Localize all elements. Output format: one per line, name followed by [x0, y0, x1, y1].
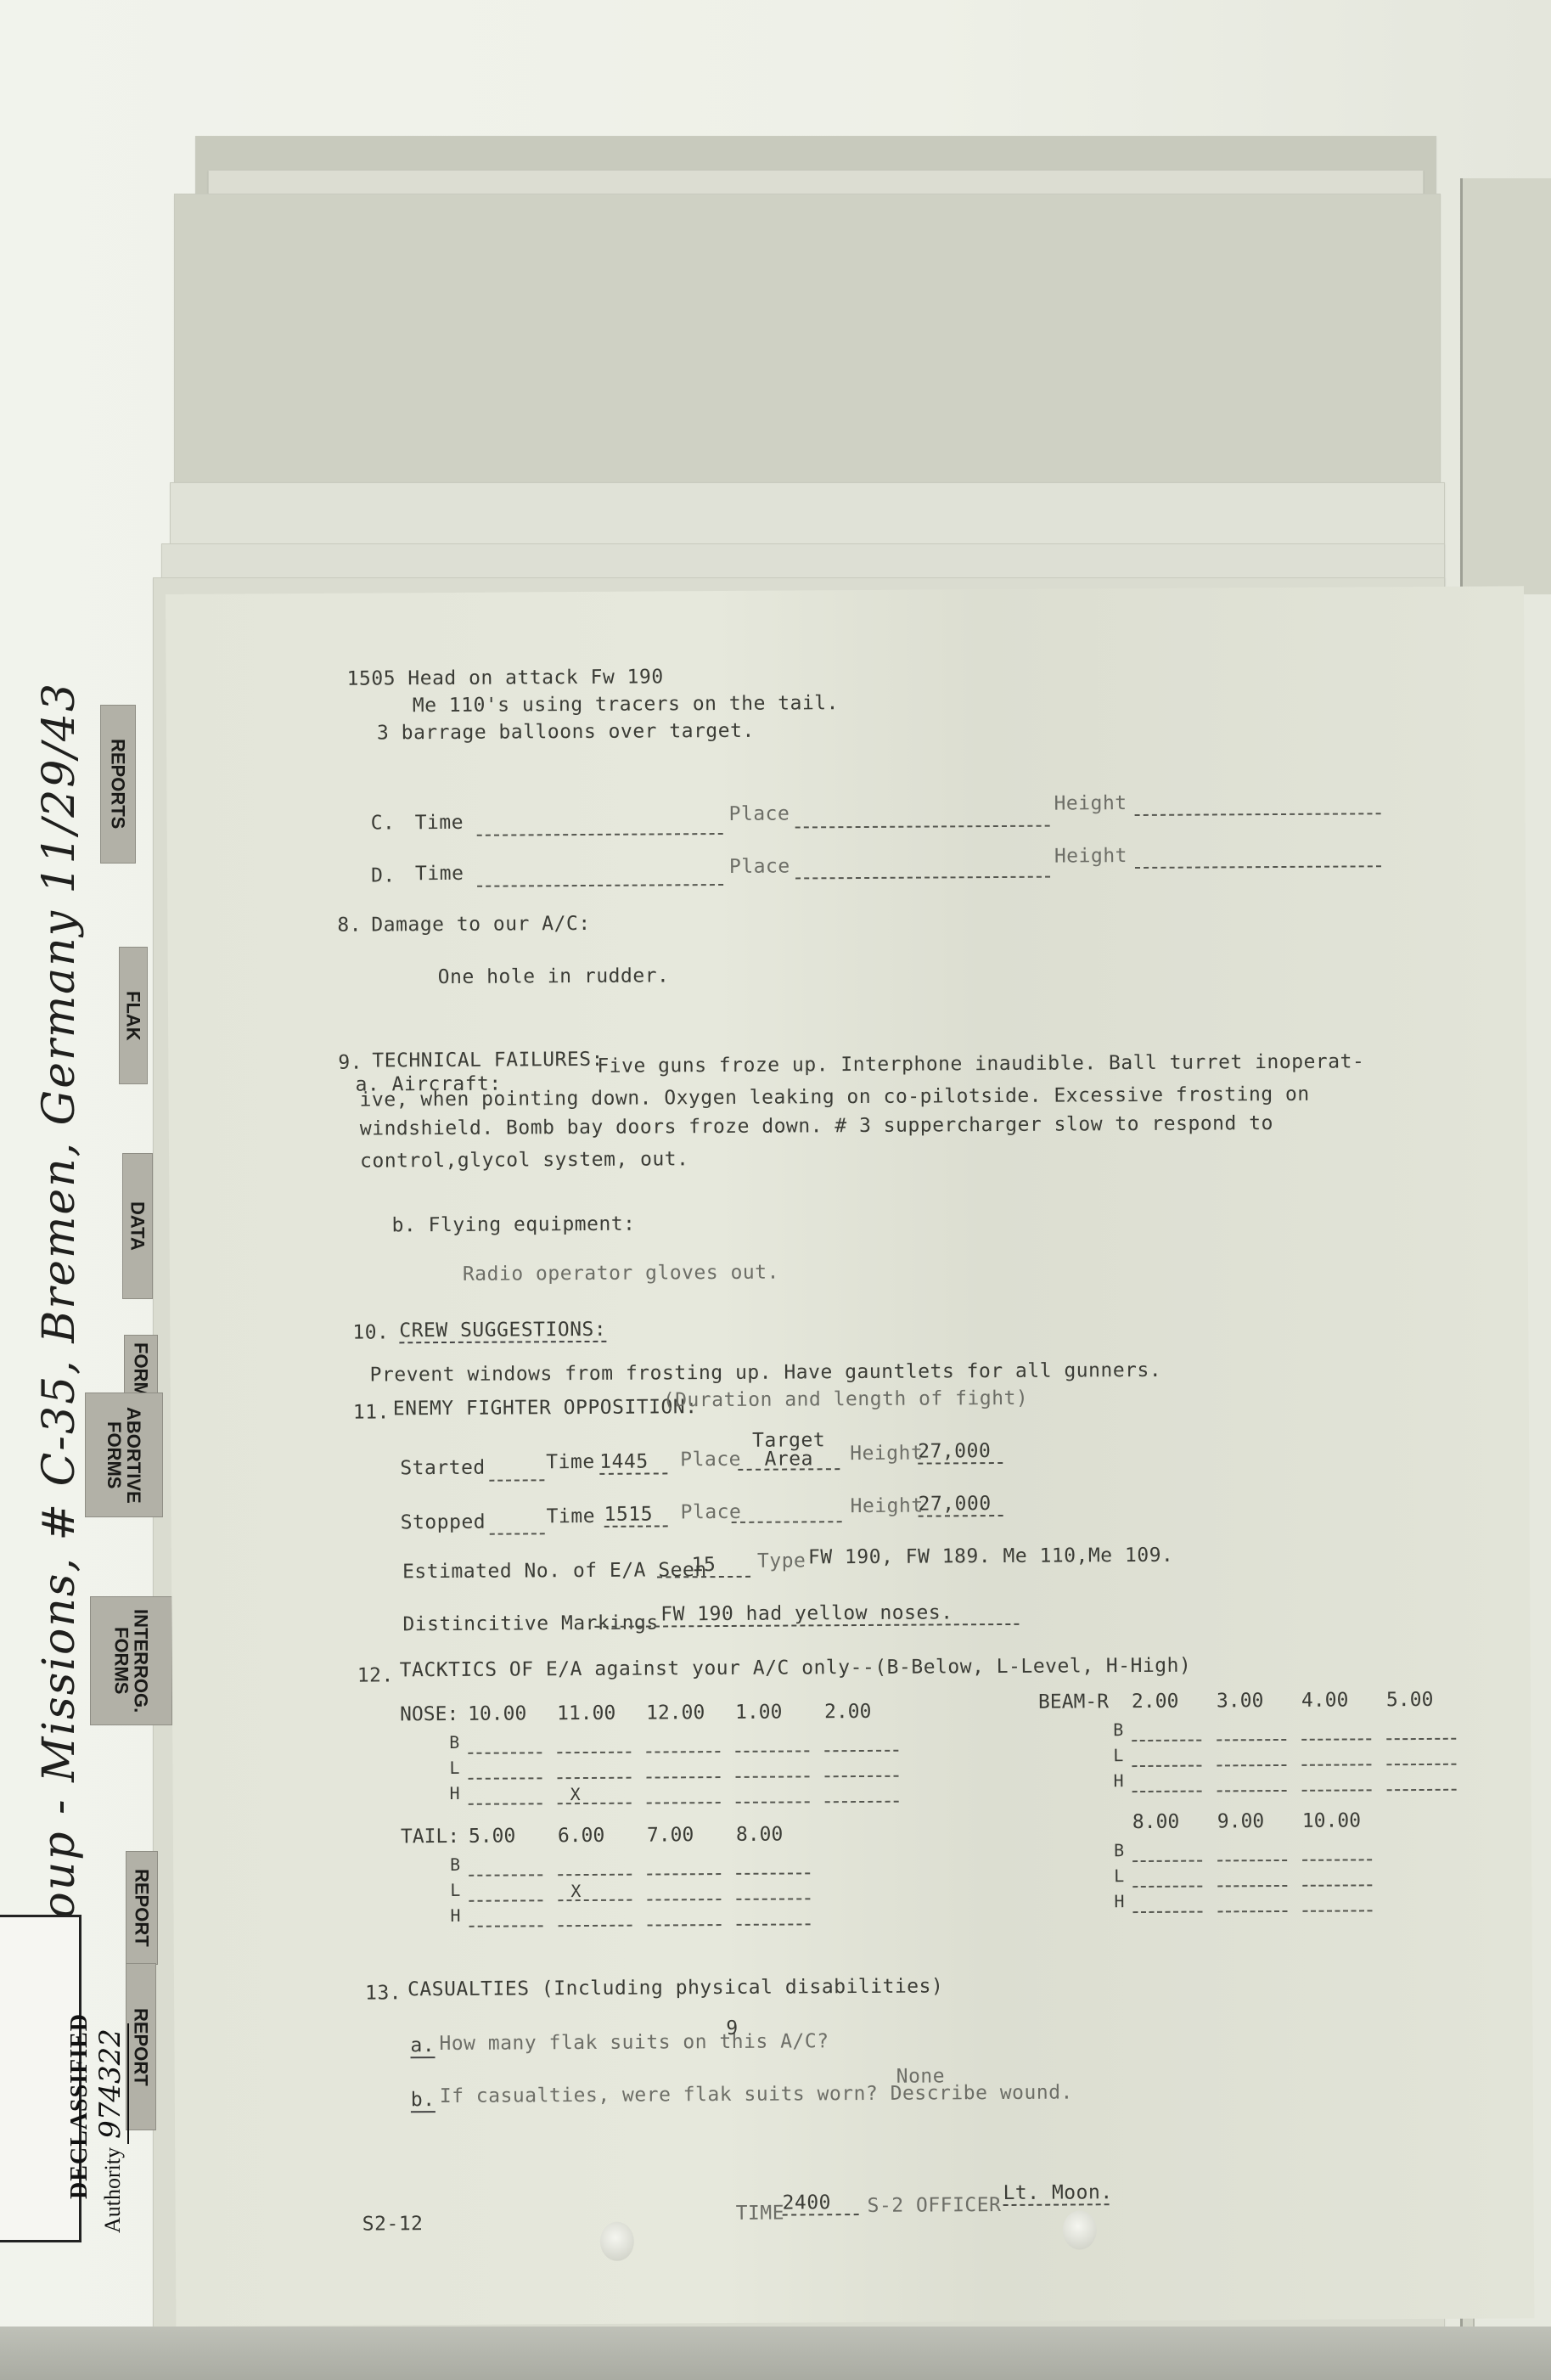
- section-d-place-label: Place: [729, 856, 790, 878]
- declassified-stamp: DECLASSIFIED Authority 974322: [0, 1915, 81, 2242]
- tactics-cell[interactable]: [735, 1750, 809, 1753]
- damage-value: One hole in rudder.: [438, 965, 670, 988]
- section-d-height-field[interactable]: [1135, 865, 1381, 869]
- tab-flak[interactable]: FLAK: [119, 947, 148, 1084]
- tactics-clock-header: 8.00: [736, 1824, 784, 1846]
- declassified-title: DECLASSIFIED: [66, 2013, 93, 2199]
- tactics-clock-header: 2.00: [824, 1701, 872, 1723]
- tactics-row-label: H: [1113, 1770, 1123, 1791]
- authority-number: 974322: [93, 2023, 129, 2144]
- tab-report-2[interactable]: REPORT: [126, 1963, 156, 2130]
- tactics-cell[interactable]: [1132, 1740, 1201, 1742]
- tactics-clock-header: 11.00: [557, 1702, 615, 1725]
- tactics-cell[interactable]: [558, 1899, 632, 1902]
- tactics-cell[interactable]: [647, 1802, 721, 1804]
- section-c-time-label: Time: [415, 812, 464, 834]
- tactics-cell[interactable]: [1387, 1789, 1457, 1792]
- stopped-height-label: Height: [850, 1495, 923, 1518]
- tactics-cell[interactable]: [1217, 1739, 1286, 1741]
- flying-equipment-label: b. Flying equipment:: [391, 1213, 635, 1237]
- casualties-b-value[interactable]: None: [896, 2065, 946, 2087]
- tactics-cell[interactable]: [1217, 1764, 1286, 1767]
- tactics-cell[interactable]: [648, 1924, 722, 1927]
- tab-data[interactable]: DATA: [122, 1153, 153, 1299]
- tactics-row-label: B: [449, 1732, 459, 1753]
- tactics-mark: X: [570, 1784, 581, 1804]
- tactics-heading: TACKTICS OF E/A against your A/C only--(…: [400, 1655, 1192, 1682]
- folder-divider: [174, 194, 1441, 501]
- tactics-cell[interactable]: [1132, 1886, 1202, 1888]
- tactics-cell[interactable]: [647, 1899, 721, 1901]
- tab-abortive-forms[interactable]: ABORTIVE FORMS: [85, 1393, 163, 1517]
- section-d-time-field[interactable]: [477, 884, 723, 887]
- tactics-cell[interactable]: [825, 1801, 899, 1803]
- binder-bottom-edge: [0, 2327, 1551, 2380]
- tactics-cell[interactable]: [647, 1873, 721, 1876]
- tactics-cell[interactable]: [1132, 1911, 1202, 1914]
- started-field[interactable]: [489, 1479, 544, 1481]
- section-d-height-label: Height: [1054, 845, 1127, 868]
- type-value[interactable]: FW 190, FW 189. Me 110,Me 109.: [808, 1544, 1174, 1569]
- aircraft-failure-line: ive, when pointing down. Oxygen leaking …: [360, 1083, 1310, 1111]
- tactics-row-label: H: [450, 1783, 460, 1803]
- tactics-cell[interactable]: [469, 1925, 543, 1927]
- tactics-cell[interactable]: [1302, 1789, 1372, 1792]
- tab-report[interactable]: REPORT: [126, 1851, 158, 1965]
- stopped-label: Stopped: [401, 1511, 486, 1534]
- tactics-cell[interactable]: [736, 1801, 810, 1803]
- tactics-clock-header: 3.00: [1217, 1690, 1264, 1712]
- tactics-clock-header: 4.00: [1301, 1690, 1349, 1712]
- tactics-cell[interactable]: [736, 1898, 810, 1900]
- tactics-row-label: H: [1114, 1891, 1124, 1911]
- tactics-cell[interactable]: [469, 1874, 542, 1876]
- stopped-time-value[interactable]: 1515: [604, 1503, 668, 1527]
- tactics-clock-header: 10.00: [1302, 1809, 1361, 1831]
- casualties-heading: CASUALTIES (Including physical disabilit…: [407, 1975, 943, 2000]
- tactics-clock-header: 2.00: [1132, 1691, 1179, 1713]
- tactics-cell[interactable]: [736, 1872, 810, 1875]
- tactics-cell[interactable]: [1386, 1764, 1456, 1766]
- started-height-label: Height: [850, 1443, 923, 1466]
- started-place-value[interactable]: Target Area: [738, 1431, 840, 1471]
- tactics-cell[interactable]: [1302, 1859, 1372, 1861]
- estimated-value[interactable]: 15: [657, 1554, 750, 1578]
- section-c-label: C.: [371, 812, 396, 834]
- tactics-cell[interactable]: [737, 1923, 811, 1926]
- tactics-cell[interactable]: [1132, 1860, 1202, 1863]
- tab-label: ABORTIVE FORMS: [104, 1393, 143, 1516]
- damage-number: 8.: [337, 914, 362, 937]
- tactics-row-label: L: [449, 1758, 459, 1778]
- casualties-b-label: b.: [411, 2089, 436, 2113]
- tactics-clock-header: 5.00: [1386, 1689, 1434, 1711]
- tactics-cell[interactable]: [558, 1803, 632, 1805]
- section-c-time-field[interactable]: [477, 833, 723, 836]
- started-label: Started: [400, 1457, 486, 1480]
- type-label: Type: [757, 1550, 806, 1572]
- handwritten-note: Group - Missions, # C-35, Bremen, German…: [34, 682, 85, 1978]
- tactics-row-label: L: [1114, 1865, 1124, 1886]
- tactics-clock-header: 7.00: [647, 1824, 694, 1846]
- enemy-fighter-note: (Duration and length of fight): [663, 1387, 1029, 1412]
- tactics-cell[interactable]: [1217, 1910, 1287, 1913]
- tactics-cell[interactable]: [736, 1775, 810, 1778]
- damage-heading: Damage to our A/C:: [371, 913, 590, 937]
- tactics-cell[interactable]: [558, 1777, 632, 1780]
- crew-suggestions-value: Prevent windows from frosting up. Have g…: [370, 1359, 1162, 1387]
- tactics-cell[interactable]: [1301, 1738, 1371, 1741]
- tactics-row-label: L: [1113, 1745, 1123, 1765]
- mission-report-page: 1505 Head on attack Fw 190 Me 110's usin…: [166, 586, 1534, 2327]
- footer-time-value[interactable]: 2400: [783, 2192, 859, 2216]
- started-height-value[interactable]: 27,000: [918, 1440, 1003, 1465]
- tactics-cell[interactable]: [1217, 1790, 1287, 1792]
- casualties-b-question: If casualties, were flak suits worn? Des…: [440, 2082, 1073, 2108]
- stopped-field[interactable]: [490, 1533, 545, 1534]
- tactics-row-label: B: [1113, 1719, 1123, 1740]
- tactics-cell[interactable]: [1132, 1791, 1202, 1793]
- tactics-cell[interactable]: [646, 1751, 720, 1753]
- tactics-clock-header: 1.00: [735, 1702, 783, 1724]
- casualties-a-question: How many flak suits on this A/C?: [439, 2030, 829, 2055]
- tactics-cell[interactable]: [1217, 1885, 1287, 1888]
- stopped-height-value[interactable]: 27,000: [918, 1493, 1003, 1517]
- started-time-value[interactable]: 1445: [599, 1450, 667, 1474]
- tactics-row-label: H: [450, 1905, 460, 1926]
- tactics-cell[interactable]: [1301, 1764, 1371, 1766]
- aircraft-failure-line: control,glycol system, out.: [360, 1148, 689, 1172]
- tactics-cell[interactable]: [559, 1925, 632, 1927]
- casualties-a-label: a.: [410, 2034, 435, 2058]
- tactics-row-label: B: [1114, 1840, 1124, 1860]
- tactics-cell[interactable]: [647, 1776, 721, 1779]
- stopped-place-field[interactable]: [732, 1521, 842, 1523]
- tactics-clock-header: 10.00: [468, 1702, 526, 1725]
- tactics-group-label: NOSE:: [400, 1703, 458, 1725]
- tab-label: DATA: [127, 1201, 147, 1251]
- flying-equipment-value: Radio operator gloves out.: [463, 1262, 779, 1286]
- tactics-clock-header: 12.00: [646, 1702, 705, 1724]
- tactics-cell[interactable]: [1217, 1860, 1287, 1862]
- tactics-cell[interactable]: [557, 1752, 631, 1754]
- aircraft-failure-line: windshield. Bomb bay doors froze down. #…: [360, 1112, 1273, 1140]
- officer-label: S-2 OFFICER: [868, 2194, 1002, 2217]
- tactics-cell[interactable]: [469, 1899, 542, 1902]
- tactics-mark: X: [570, 1881, 581, 1901]
- tactics-clock-header: 9.00: [1217, 1810, 1265, 1832]
- tactics-cell[interactable]: [558, 1874, 632, 1876]
- tactics-clock-header: 6.00: [558, 1825, 605, 1847]
- started-time-label: Time: [546, 1451, 595, 1473]
- aircraft-failure-line: Five guns froze up. Interphone inaudible…: [597, 1050, 1364, 1077]
- officer-value[interactable]: Lt. Moon.: [1003, 2181, 1109, 2206]
- stopped-time-label: Time: [547, 1505, 596, 1528]
- crew-suggestions-number: 10.: [352, 1321, 389, 1343]
- markings-value[interactable]: FW 190 had yellow noses.: [594, 1601, 1019, 1628]
- tactics-clock-header: 8.00: [1132, 1811, 1180, 1833]
- tab-reports[interactable]: REPORTS: [100, 705, 136, 864]
- enemy-fighter-number: 11.: [353, 1401, 390, 1423]
- enemy-fighter-heading: ENEMY FIGHTER OPPOSITION:: [393, 1396, 698, 1420]
- tactics-group-label: BEAM-R: [1038, 1691, 1109, 1713]
- authority-label: Authority: [100, 2147, 125, 2233]
- casualties-number: 13.: [365, 1982, 402, 2004]
- section-c-place-label: Place: [729, 803, 790, 825]
- tactics-cell[interactable]: [469, 1777, 542, 1780]
- tactics-number: 12.: [357, 1664, 394, 1686]
- section-d-place-field[interactable]: [795, 876, 1050, 880]
- tab-label: REPORT: [132, 1869, 151, 1947]
- tab-label: FLAK: [123, 991, 143, 1041]
- technical-failures-heading: TECHNICAL FAILURES:: [372, 1049, 604, 1072]
- tab-label: REPORTS: [108, 739, 127, 829]
- tactics-cell[interactable]: [1132, 1765, 1201, 1768]
- tactics-row-label: B: [450, 1854, 460, 1875]
- tactics-group-label: TAIL:: [401, 1826, 459, 1848]
- casualties-a-value[interactable]: 9: [726, 2017, 739, 2040]
- footer-time-label: TIME: [736, 2203, 785, 2225]
- tab-interrog-forms[interactable]: INTERROG. FORMS: [90, 1596, 172, 1725]
- tactics-cell[interactable]: [469, 1803, 542, 1805]
- tactics-clock-header: 5.00: [469, 1826, 516, 1848]
- tab-label: INTERROG. FORMS: [111, 1597, 150, 1725]
- form-code: S2-12: [362, 2213, 424, 2235]
- tactics-cell[interactable]: [1302, 1884, 1372, 1887]
- crew-suggestions-heading: CREW SUGGESTIONS:: [399, 1319, 606, 1343]
- tactics-cell[interactable]: [1386, 1738, 1456, 1741]
- section-d-time-label: Time: [415, 863, 464, 885]
- section-d-label: D.: [371, 864, 396, 886]
- technical-failures-number: 9.: [338, 1052, 362, 1074]
- section-c-height-label: Height: [1054, 792, 1127, 815]
- intro-line: 3 barrage balloons over target.: [377, 720, 755, 745]
- section-c-height-field[interactable]: [1135, 813, 1381, 816]
- tactics-row-label: L: [450, 1880, 460, 1900]
- tactics-cell[interactable]: [824, 1750, 898, 1753]
- intro-line: 1505 Head on attack Fw 190: [347, 666, 664, 689]
- binder-punch-hole: [1063, 2210, 1097, 2249]
- tactics-cell[interactable]: [1302, 1910, 1372, 1912]
- tab-label: REPORT: [131, 2008, 150, 2086]
- tactics-cell[interactable]: [468, 1752, 542, 1754]
- binder-punch-hole: [600, 2222, 634, 2261]
- tactics-cell[interactable]: [825, 1775, 899, 1778]
- started-place-label: Place: [680, 1449, 741, 1471]
- stopped-place-label: Place: [681, 1501, 742, 1523]
- section-c-place-field[interactable]: [795, 825, 1050, 829]
- intro-line: Me 110's using tracers on the tail.: [413, 692, 839, 717]
